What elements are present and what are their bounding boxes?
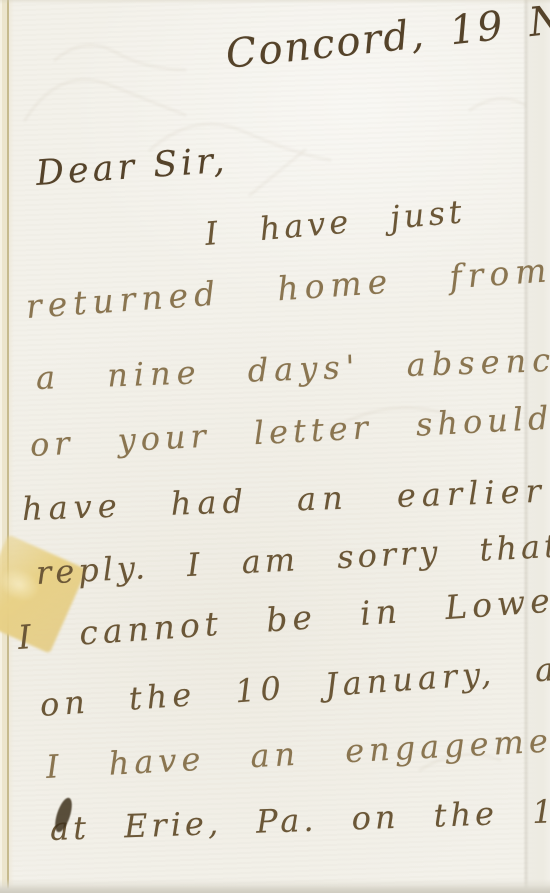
body-line: reply. I am sorry that [35,527,550,592]
body-line: returned home from [25,250,550,326]
body-line: I have just [203,192,467,253]
body-line: at Erie, Pa. on the 11th [49,790,550,848]
body-line: have had an earlier [21,472,547,528]
top-page-edge [0,0,550,4]
dateline: Concord, 19 November [224,0,550,78]
body-line: a nine days' absence [35,340,550,397]
bottom-page-edge [0,879,550,893]
body-line: I cannot be in Lowell [17,578,550,657]
body-line: on the 10 January, as [39,648,550,724]
body-line: or your letter should [29,399,550,464]
left-page-edge [0,0,14,893]
letter-page: Concord, 19 November Dear Sir, I have ju… [0,0,550,893]
salutation: Dear Sir, [35,141,230,194]
body-line: I have an engagement [45,719,550,786]
